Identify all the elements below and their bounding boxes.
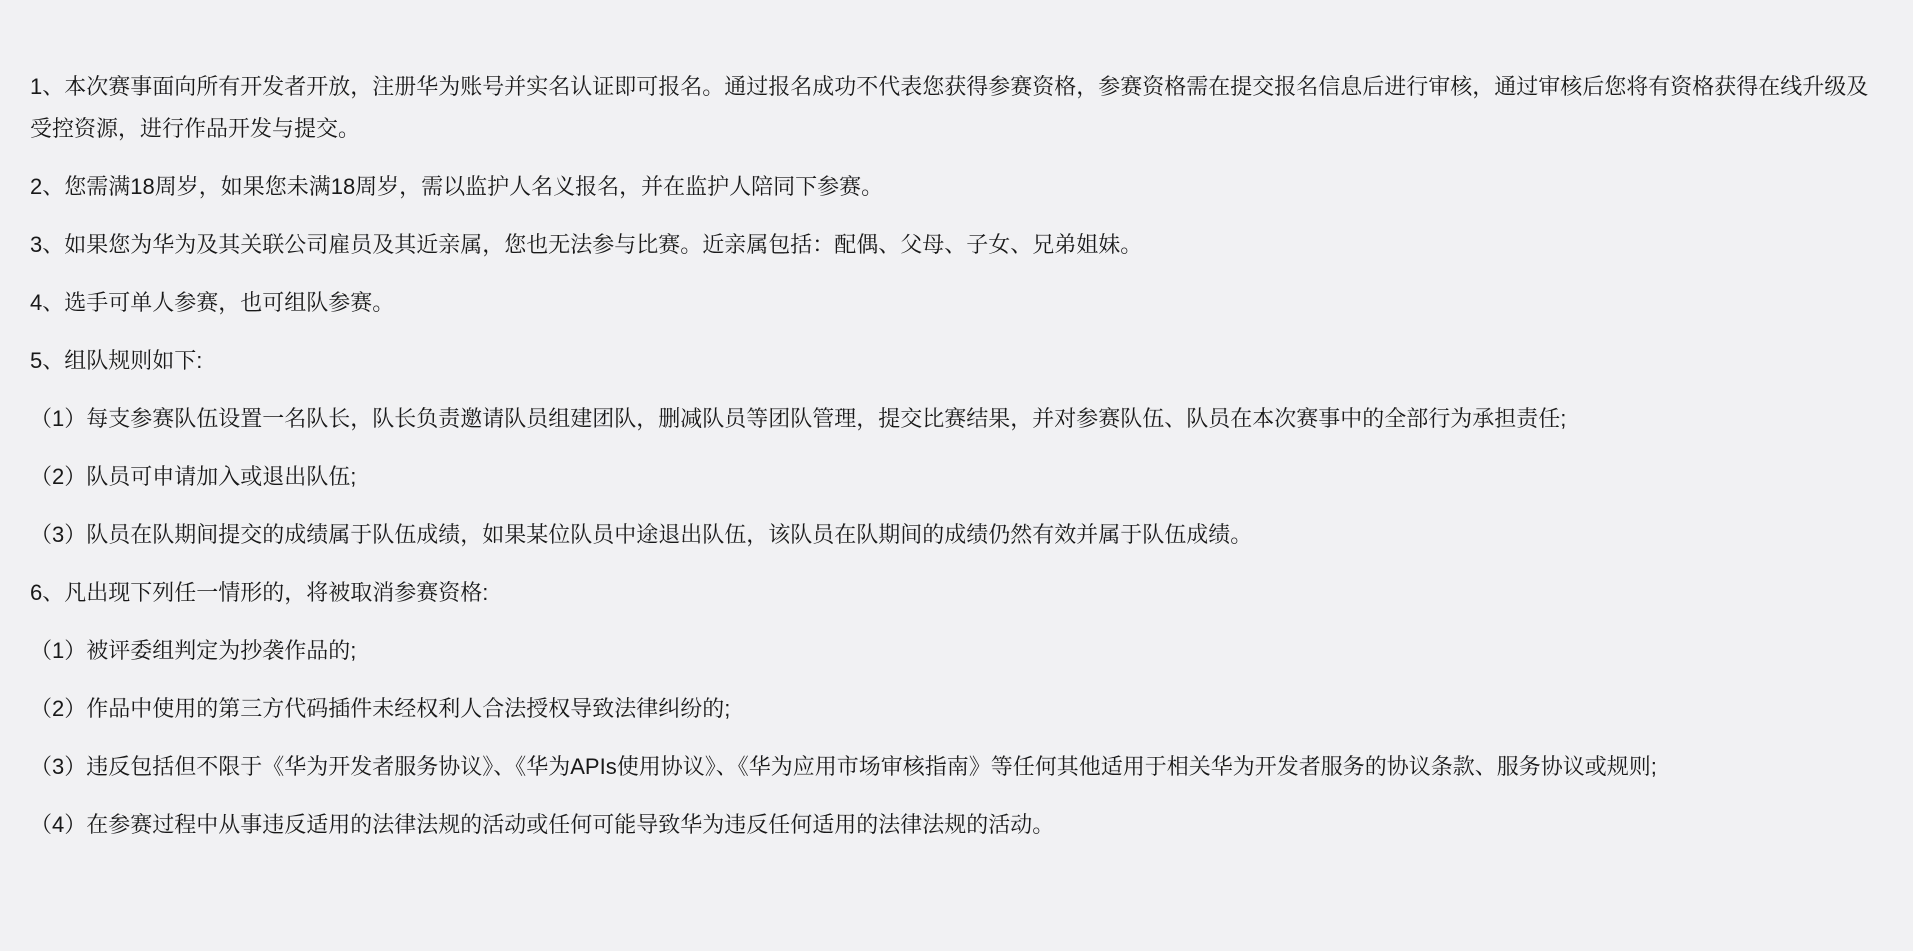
rule-paragraph: 1、本次赛事面向所有开发者开放，注册华为账号并实名认证即可报名。通过报名成功不代… (30, 66, 1883, 150)
rule-paragraph: （2）队员可申请加入或退出队伍; (30, 456, 1883, 498)
rules-paragraph-list: 1、本次赛事面向所有开发者开放，注册华为账号并实名认证即可报名。通过报名成功不代… (30, 66, 1883, 846)
rule-paragraph: 2、您需满18周岁，如果您未满18周岁，需以监护人名义报名，并在监护人陪同下参赛… (30, 166, 1883, 208)
rule-paragraph: 3、如果您为华为及其关联公司雇员及其近亲属，您也无法参与比赛。近亲属包括：配偶、… (30, 224, 1883, 266)
rule-paragraph: （1）每支参赛队伍设置一名队长，队长负责邀请队员组建团队，删减队员等团队管理，提… (30, 398, 1883, 440)
rule-paragraph: 6、凡出现下列任一情形的，将被取消参赛资格: (30, 572, 1883, 614)
rule-paragraph: （4）在参赛过程中从事违反适用的法律法规的活动或任何可能导致华为违反任何适用的法… (30, 804, 1883, 846)
rule-paragraph: 5、组队规则如下: (30, 340, 1883, 382)
rule-paragraph: （2）作品中使用的第三方代码插件未经权利人合法授权导致法律纠纷的; (30, 688, 1883, 730)
rule-paragraph: 4、选手可单人参赛，也可组队参赛。 (30, 282, 1883, 324)
rule-paragraph: （1）被评委组判定为抄袭作品的; (30, 630, 1883, 672)
contest-rules-section: 1、本次赛事面向所有开发者开放，注册华为账号并实名认证即可报名。通过报名成功不代… (0, 0, 1913, 846)
rule-paragraph: （3）违反包括但不限于《华为开发者服务协议》、《华为APIs使用协议》、《华为应… (30, 746, 1883, 788)
rule-paragraph: （3）队员在队期间提交的成绩属于队伍成绩，如果某位队员中途退出队伍，该队员在队期… (30, 514, 1883, 556)
